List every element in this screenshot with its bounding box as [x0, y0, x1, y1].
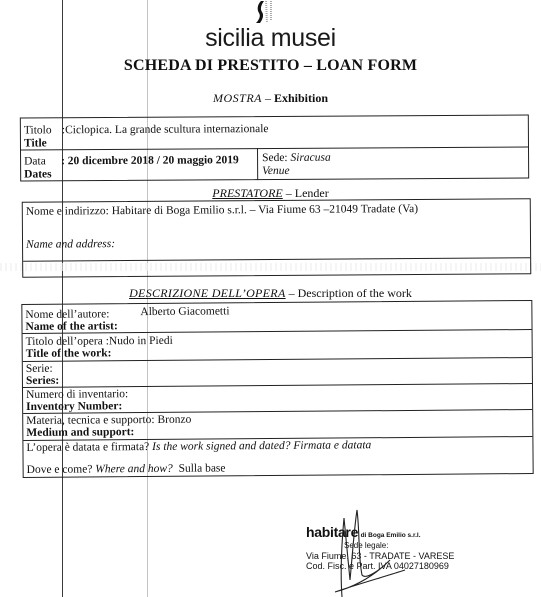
where-value: Sulla base: [178, 462, 225, 474]
medium-label-en: Medium and support:: [26, 426, 134, 439]
name-address-label-en: Name and address:: [26, 238, 115, 251]
lender-box: Nome e indirizzo: Habitare di Boga Emili…: [22, 198, 532, 278]
work-title-field: Titolo dell’opera :Nudo in Piedi: [26, 335, 173, 348]
medium-field: Materia, tecnica e supporto: Bronzo: [26, 414, 191, 427]
work-section-title: DESCRIZIONE DELL’OPERA – Description of …: [0, 286, 541, 301]
artist-value: Alberto Giacometti: [140, 305, 229, 318]
series-label-en: Series:: [26, 375, 59, 387]
form-title: SCHEDA DI PRESTITO – LOAN FORM: [0, 57, 541, 75]
stamp-line1: Sede legale:: [306, 541, 454, 551]
artist-label-en: Name of the artist:: [25, 320, 117, 333]
signed-field: L’opera è datata e firmata? Is the work …: [26, 439, 371, 454]
sicilia-musei-logo-icon: [253, 0, 277, 24]
venue-value: Siracusa: [290, 152, 330, 164]
signed-value: Firmata e datata: [293, 439, 371, 452]
stamp-company: di Boga Emilio s.r.l.: [361, 532, 421, 539]
exhibition-title-value: :Ciclopica. La grande scultura internazi…: [62, 123, 269, 136]
name-address-field: Nome e indirizzo: Habitare di Boga Emili…: [26, 203, 418, 218]
inventory-label-it: Numero di inventario:: [26, 388, 128, 401]
inventory-label-en: Inventory Number:: [26, 400, 122, 413]
work-title-value: Nudo in Piedi: [109, 335, 173, 348]
title-label-it: Titolo: [24, 124, 52, 136]
exhibition-section-title: MOSTRA – Exhibition: [0, 91, 541, 106]
series-label-it: Serie:: [26, 363, 53, 375]
venue-field: Sede: Siracusa: [262, 152, 331, 164]
company-stamp: habitare di Boga Emilio s.r.l. Sede lega…: [306, 527, 454, 571]
exhibition-box: Titolo :Ciclopica. La grande scultura in…: [20, 114, 529, 181]
dates-label-en: Dates: [24, 168, 52, 180]
work-title-label-en: Title of the work:: [26, 347, 112, 360]
logo-text: sicilia musei: [0, 24, 541, 53]
title-label-en: Title: [24, 137, 47, 149]
artist-label-it: Nome dell’autore:: [25, 308, 109, 321]
venue-label-en: Venue: [262, 165, 290, 177]
stamp-line3: Cod. Fisc. e Part. IVA 04027180969: [306, 561, 454, 571]
stamp-brand: habitare: [306, 524, 358, 540]
dates-label-it: Data: [24, 155, 46, 167]
where-field: Dove e come? Where and how? Sulla base: [27, 462, 226, 476]
medium-value: Bronzo: [157, 414, 191, 426]
work-description-box: Nome dell’autore: Alberto Giacometti Nam…: [21, 300, 533, 478]
lender-name-address-value: Habitare di Boga Emilio s.r.l. – Via Fiu…: [112, 203, 418, 217]
stamp-line2: Via Fiume, 63 - TRADATE - VARESE: [306, 551, 454, 561]
exhibition-dates-value: : 20 dicembre 2018 / 20 maggio 2019: [61, 154, 239, 167]
